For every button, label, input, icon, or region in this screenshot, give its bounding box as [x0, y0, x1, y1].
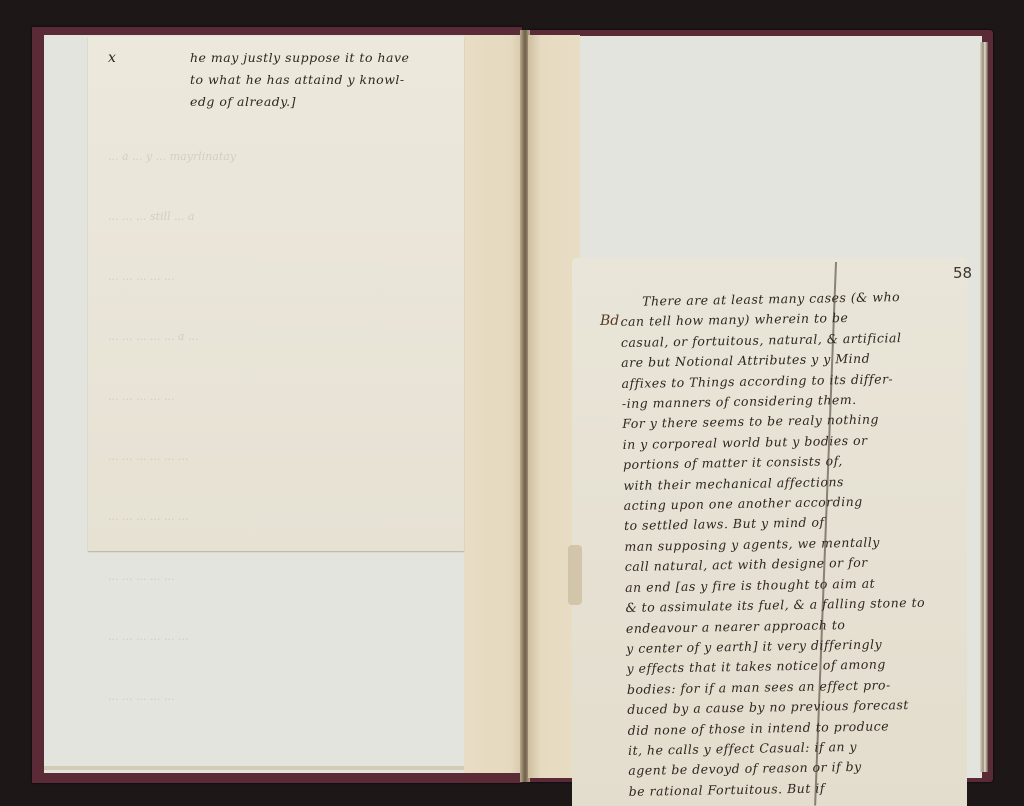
- bleed-line: ... ... ... ... ...: [108, 387, 236, 407]
- page-edge-bottom: [44, 766, 520, 770]
- page-block-edges: [980, 42, 988, 772]
- bleed-line: ... ... ... ... ... ...: [108, 447, 236, 467]
- manuscript-line: edg of already.]: [190, 91, 409, 113]
- insertion-mark: x: [108, 47, 116, 69]
- bleed-line: ... ... ... ... ...: [108, 687, 236, 707]
- manuscript-line: he may justly suppose it to have: [190, 47, 409, 69]
- left-page-handwriting: x he may justly suppose it to have to wh…: [190, 47, 409, 113]
- bleed-line: ... ... ... ... ... ...: [108, 507, 236, 527]
- bleed-line: ... a ... y ... mayrlinatay: [108, 147, 236, 167]
- bleed-line: ... ... ... ... ...: [108, 267, 236, 287]
- margin-note: Bd: [600, 313, 619, 329]
- bleed-line: ... ... ... still ... a: [108, 207, 236, 227]
- paper-repair: [568, 545, 582, 605]
- bleed-line: ... ... ... ... ... ...: [108, 627, 236, 647]
- bleed-line: ... ... ... ... ... a ...: [108, 327, 236, 347]
- manuscript-leaf-left: ... a ... y ... mayrlinatay ... ... ... …: [88, 37, 464, 551]
- binding-guard-left: [464, 35, 522, 773]
- right-page-handwriting: There are at least many cases (& who can…: [620, 287, 928, 802]
- manuscript-line: to what he has attaind y knowl-: [190, 69, 409, 91]
- folio-number: 58: [953, 264, 972, 282]
- bleed-through-text: ... a ... y ... mayrlinatay ... ... ... …: [108, 107, 236, 747]
- bleed-line: ... ... ... ... ...: [108, 567, 236, 587]
